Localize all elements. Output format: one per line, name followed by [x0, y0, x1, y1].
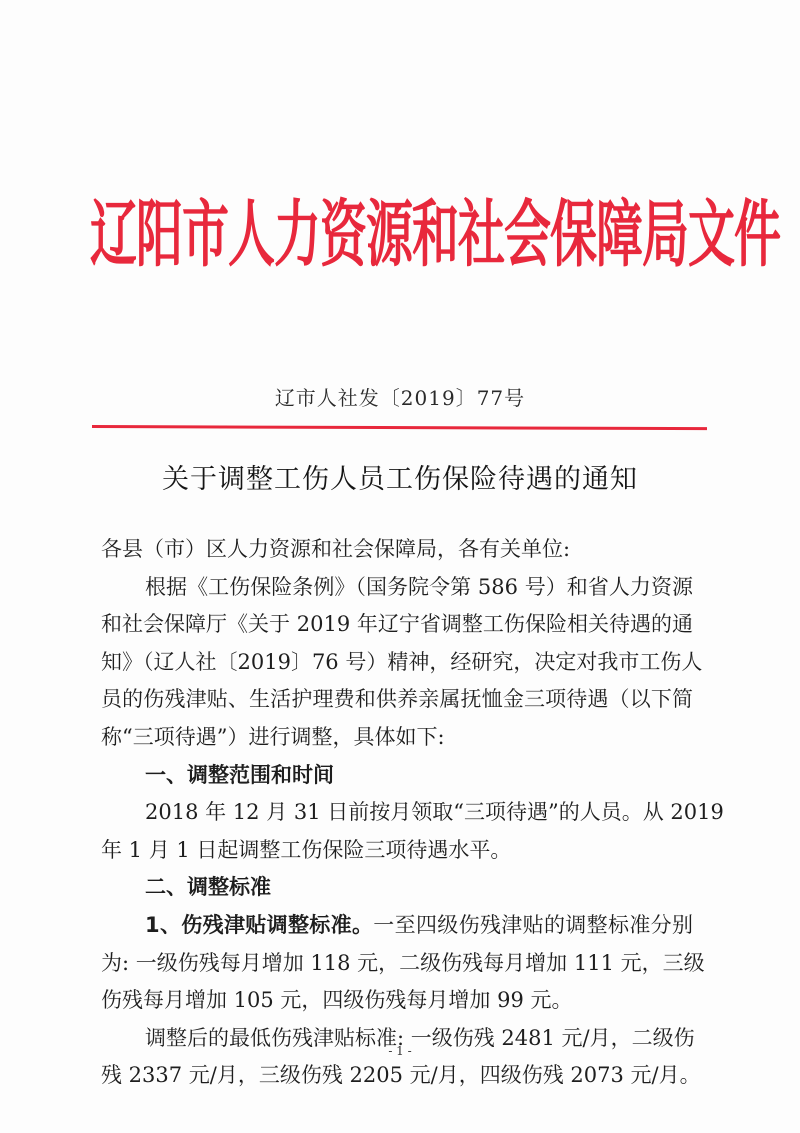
- red-divider-line: [92, 425, 707, 430]
- intro-line: 根据《工伤保险条例》（国务院令第 586 号）和省人力资源: [101, 569, 693, 607]
- intro-line: 称“三项待遇”）进行调整，具体如下:: [101, 719, 693, 757]
- item1-line: 为: 一级伤残每月增加 118 元，二级伤残每月增加 111 元，三级: [101, 945, 693, 983]
- page-number: - 1 -: [0, 1044, 800, 1058]
- intro-line: 员的伤残津贴、生活护理费和供养亲属抚恤金三项待遇（以下简: [101, 681, 693, 719]
- min-standard-line: 残 2337 元/月，三级伤残 2205 元/月，四级伤残 2073 元/月。: [101, 1057, 693, 1095]
- salutation: 各县（市）区人力资源和社会保障局，各有关单位:: [101, 531, 693, 569]
- body-text: 各县（市）区人力资源和社会保障局，各有关单位: 根据《工伤保险条例》（国务院令第…: [101, 531, 693, 1095]
- section-heading-standard: 二、调整标准: [101, 869, 693, 907]
- item1-line: 伤残每月增加 105 元，四级伤残每月增加 99 元。: [101, 982, 693, 1020]
- document-number: 辽市人社发〔2019〕77号: [0, 382, 800, 411]
- issuer-title: 辽阳市人力资源和社会保障局文件: [90, 159, 710, 314]
- notice-title: 关于调整工伤人员工伤保险待遇的通知: [0, 457, 800, 496]
- intro-line: 知》（辽人社〔2019〕76 号）精神，经研究，决定对我市工伤人: [101, 644, 693, 682]
- section1-line: 2018 年 12 月 31 日前按月领取“三项待遇”的人员。从 2019: [101, 794, 693, 832]
- section1-line: 年 1 月 1 日起调整工伤保险三项待遇水平。: [101, 832, 693, 870]
- item1-first-line-rest: 一至四级伤残津贴的调整标准分别: [373, 913, 693, 937]
- document-page: 辽阳市人力资源和社会保障局文件 辽市人社发〔2019〕77号 关于调整工伤人员工…: [0, 0, 800, 1133]
- intro-line: 和社会保障厅《关于 2019 年辽宁省调整工伤保险相关待遇的通: [101, 606, 693, 644]
- item1-lead: 1、伤残津贴调整标准。: [145, 913, 373, 937]
- item1-first-line: 1、伤残津贴调整标准。一至四级伤残津贴的调整标准分别: [101, 907, 693, 945]
- section-heading-scope: 一、调整范围和时间: [101, 757, 693, 795]
